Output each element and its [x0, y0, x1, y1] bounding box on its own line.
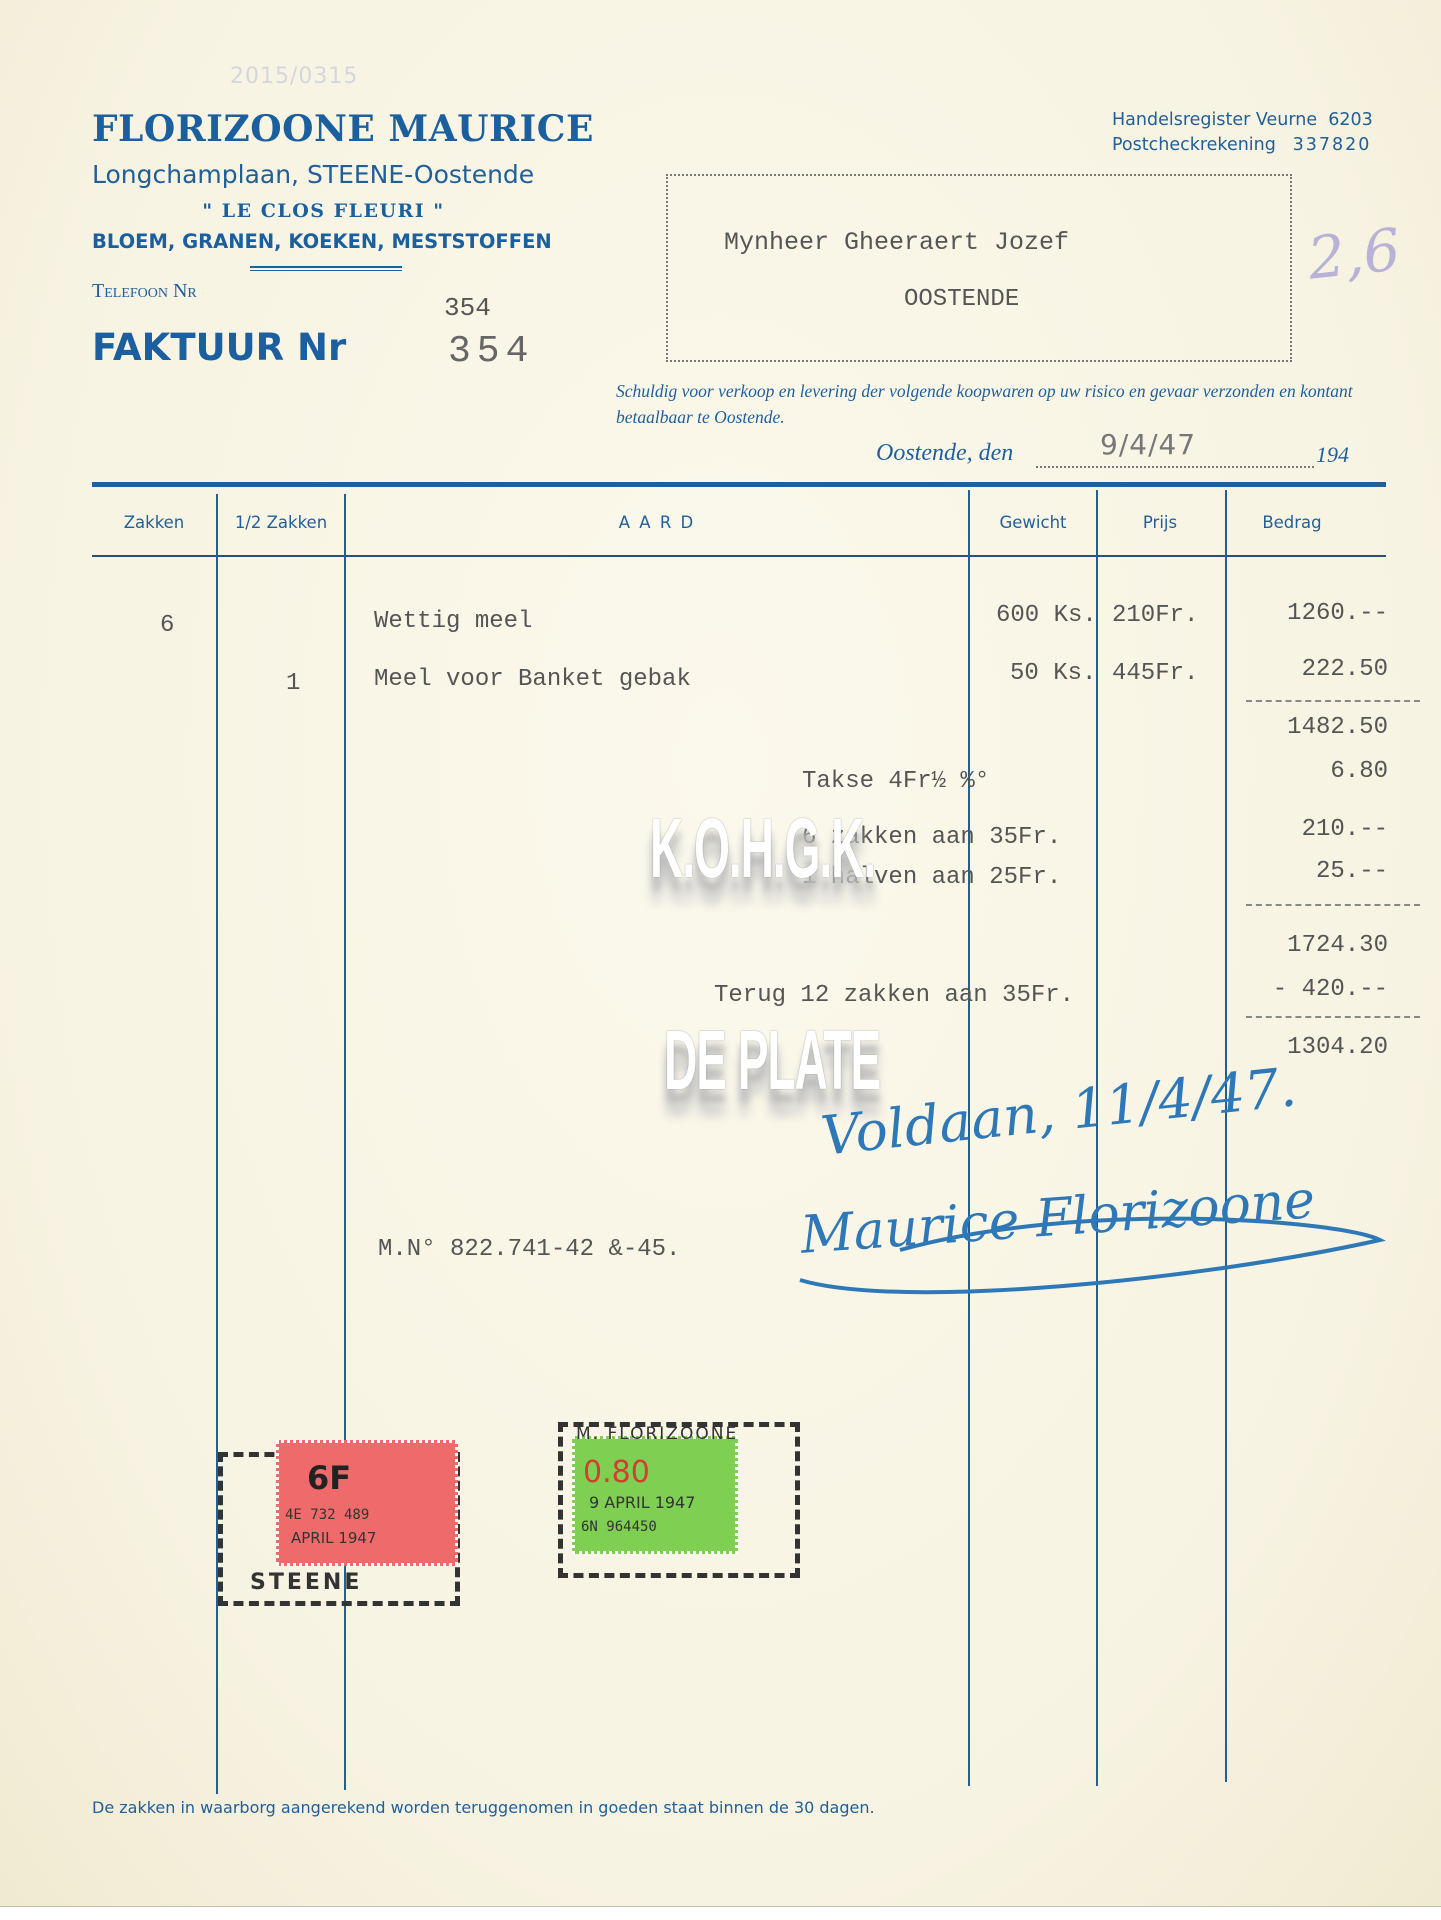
row1-aard: Wettig meel: [374, 608, 532, 635]
table-top-rule: [92, 482, 1386, 487]
company-name: FLORIZOONE MAURICE: [92, 108, 594, 150]
return-label: Terug 12 zakken aan 35Fr.: [714, 982, 1074, 1009]
footer-note: De zakken in waarborg aangerekend worden…: [92, 1798, 875, 1817]
stamp-serial: 4E 732 489: [285, 1507, 369, 1523]
total-amount: 1304.20: [1238, 1034, 1388, 1061]
row2-half-zakken: 1: [286, 670, 300, 697]
header-aard: A A R D: [346, 513, 968, 532]
voldaan-handwritten: Voldaan, 11/4/47.: [818, 1055, 1299, 1168]
invoice-date: 9/4/47: [1100, 428, 1196, 461]
postcheck-label: Postcheckrekening: [1112, 135, 1276, 155]
stamp-place: STEENE: [250, 1570, 362, 1595]
reference-number: M.N° 822.741-42 &-45.: [378, 1236, 680, 1263]
row1-gewicht: 600 Ks.: [996, 602, 1097, 629]
subtotal-rule: [1246, 700, 1420, 702]
total-rule: [1246, 1016, 1420, 1018]
column-divider: [1225, 490, 1227, 1782]
watermark-de-plate: DE PLATE: [664, 1012, 880, 1109]
product-list: BLOEM, GRANEN, KOEKEN, MESTSTOFFEN: [92, 230, 552, 253]
letterhead-divider: [250, 266, 402, 271]
subtotal-rule: [1246, 904, 1420, 906]
telefoon-label: Telefoon Nr: [92, 280, 197, 303]
company-address: Longchamplaan, STEENE-Oostende: [92, 160, 534, 189]
header-gewicht: Gewicht: [970, 513, 1096, 532]
row2-bedrag: 222.50: [1238, 656, 1388, 683]
header-bedrag: Bedrag: [1226, 513, 1358, 532]
watermark-kohgk: K.O.H.G.K.: [650, 800, 875, 897]
customer-name: Mynheer Gheeraert Jozef: [724, 228, 1069, 257]
stamp-serial: 6N 964450: [581, 1519, 657, 1535]
handelsregister-value: 6203: [1328, 110, 1373, 130]
pencil-archive-note: 2015/0315: [230, 64, 358, 89]
customer-address-box: [666, 174, 1292, 362]
stamp-value: 6F: [307, 1459, 351, 1497]
header-prijs: Prijs: [1098, 513, 1222, 532]
stamp-cancel-date: 9 APRIL 1947: [589, 1493, 695, 1512]
postcheck-value: 337820: [1293, 135, 1372, 155]
customer-city: OOSTENDE: [904, 286, 1019, 313]
place-label: Oostende, den: [876, 440, 1013, 467]
telefoon-value: 354: [444, 293, 491, 323]
date-dotted-line: [1036, 466, 1314, 468]
registration-block: Handelsregister Veurne 6203 Postcheckrek…: [1112, 108, 1373, 158]
stamp-value: 0.80: [583, 1455, 650, 1490]
header-zakken: Zakken: [92, 513, 216, 532]
faktuur-number: 354: [448, 330, 534, 373]
subtotal-2: 1724.30: [1238, 932, 1388, 959]
zakken-deposit-bedrag: 210.--: [1238, 816, 1388, 843]
invoice-paper: 2015/0315 FLORIZOONE MAURICE Longchampla…: [0, 0, 1441, 1907]
table-header-rule: [92, 555, 1386, 557]
stamp-cancel-text: M. FLORIZOONE: [576, 1424, 738, 1444]
estate-name: " LE CLOS FLEURI ": [92, 200, 555, 222]
year-prefix: 194: [1316, 442, 1349, 468]
row1-zakken: 6: [160, 612, 174, 639]
revenue-stamp-green: 0.80 9 APRIL 1947 6N 964450: [572, 1436, 738, 1554]
takse-bedrag: 6.80: [1238, 758, 1388, 785]
row1-prijs: 210Fr.: [1112, 602, 1198, 629]
return-bedrag: - 420.--: [1238, 976, 1388, 1003]
row2-aard: Meel voor Banket gebak: [374, 666, 691, 693]
faktuur-label: FAKTUUR Nr: [92, 326, 346, 369]
row2-gewicht: 50 Ks.: [1010, 660, 1096, 687]
row1-bedrag: 1260.--: [1238, 600, 1388, 627]
halven-deposit-bedrag: 25.--: [1238, 858, 1388, 885]
row2-prijs: 445Fr.: [1112, 660, 1198, 687]
terms-text: Schuldig voor verkoop en levering der vo…: [616, 378, 1396, 430]
revenue-stamp-red: 6F 4E 732 489 APRIL 1947: [276, 1440, 458, 1566]
subtotal-1: 1482.50: [1238, 714, 1388, 741]
header-half-zakken: 1/2 Zakken: [218, 513, 344, 532]
handelsregister-label: Handelsregister Veurne: [1112, 110, 1317, 130]
pencil-mark: 2,6: [1305, 215, 1404, 292]
signature-flourish: [780, 1160, 1400, 1320]
takse-label: Takse 4Fr½ %°: [802, 768, 989, 795]
stamp-cancel-date: APRIL 1947: [291, 1529, 376, 1547]
